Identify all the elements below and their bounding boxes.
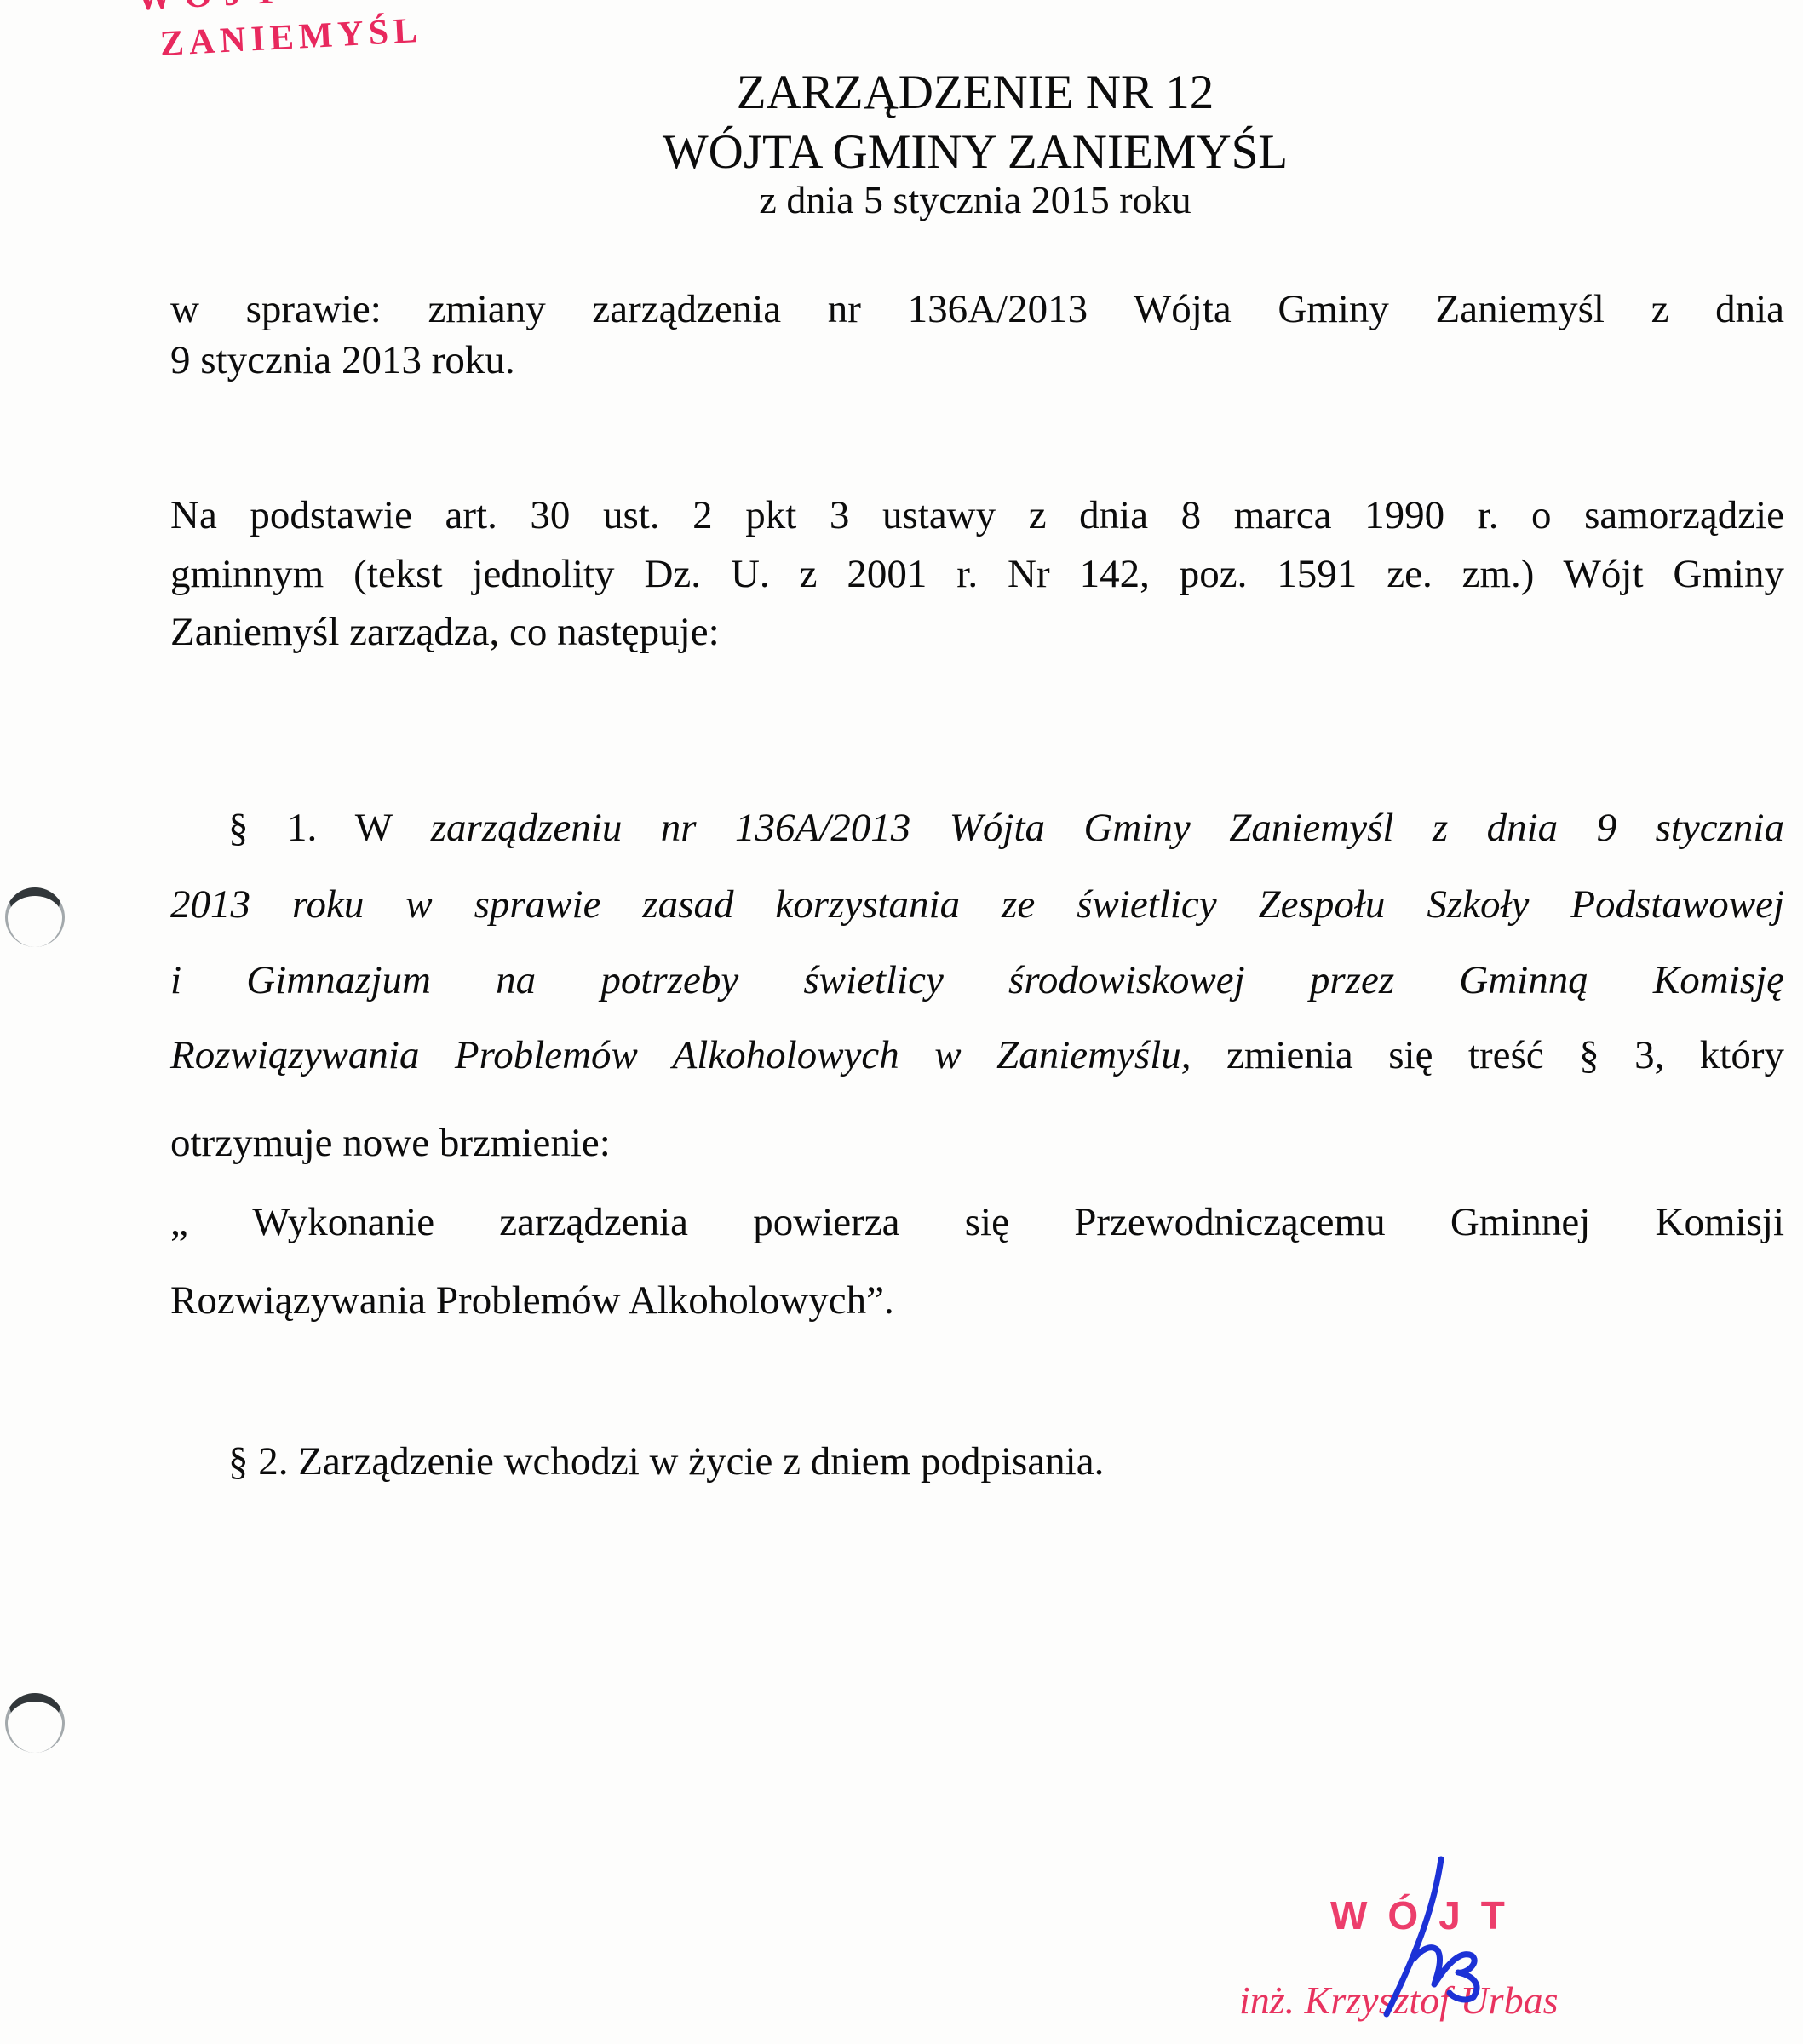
paragraph-1-line-4: Rozwiązywania Problemów Alkoholowych w Z… bbox=[170, 1036, 1784, 1076]
document-issuer: WÓJTA GMINY ZANIEMYŚL bbox=[0, 128, 1803, 176]
legal-basis-line-3: Zaniemyśl zarządza, co następuje: bbox=[170, 612, 720, 652]
paragraph-1-change-text: zmienia się treść § 3, który bbox=[1191, 1033, 1784, 1077]
office-stamp-partial: WÓJT bbox=[135, 0, 290, 20]
legal-basis-line-2: gminnym (tekst jednolity Dz. U. z 2001 r… bbox=[170, 554, 1784, 594]
paragraph-1-line-3: i Gimnazjum na potrzeby świetlicy środow… bbox=[170, 961, 1784, 1001]
signature-stamp-title: WÓJT bbox=[1330, 1892, 1525, 1938]
quoted-new-wording-line-2: Rozwiązywania Problemów Alkoholowych”. bbox=[170, 1281, 894, 1321]
paragraph-1-line-1: § 1. W zarządzeniu nr 136A/2013 Wójta Gm… bbox=[228, 808, 1784, 848]
subject-line-1: w sprawie: zmiany zarządzenia nr 136A/20… bbox=[170, 290, 1784, 330]
quoted-new-wording-line-1: „ Wykonanie zarządzenia powierza się Prz… bbox=[170, 1203, 1784, 1243]
office-stamp-zaniemysl: ZANIEMYŚL bbox=[159, 10, 423, 65]
paragraph-2: § 2. Zarządzenie wchodzi w życie z dniem… bbox=[228, 1442, 1104, 1482]
paragraph-1-line-2: 2013 roku w sprawie zasad korzystania ze… bbox=[170, 885, 1784, 925]
punch-hole-mark bbox=[5, 1693, 65, 1753]
document-title: ZARZĄDZENIE NR 12 bbox=[0, 68, 1803, 117]
subject-line-2: 9 stycznia 2013 roku. bbox=[170, 341, 515, 381]
paragraph-1-cited-act-end: Rozwiązywania Problemów Alkoholowych w Z… bbox=[170, 1033, 1191, 1077]
paragraph-1-line-5: otrzymuje nowe brzmienie: bbox=[170, 1123, 611, 1163]
punch-hole-mark bbox=[5, 887, 65, 947]
document-date: z dnia 5 stycznia 2015 roku bbox=[0, 181, 1803, 220]
signature-stamp-name: inż. Krzysztof Urbas bbox=[1239, 1978, 1558, 2023]
paragraph-1-marker: § 1. W bbox=[228, 806, 431, 850]
legal-basis-line-1: Na podstawie art. 30 ust. 2 pkt 3 ustawy… bbox=[170, 496, 1784, 536]
paragraph-1-cited-act: zarządzeniu nr 136A/2013 Wójta Gminy Zan… bbox=[431, 806, 1784, 850]
